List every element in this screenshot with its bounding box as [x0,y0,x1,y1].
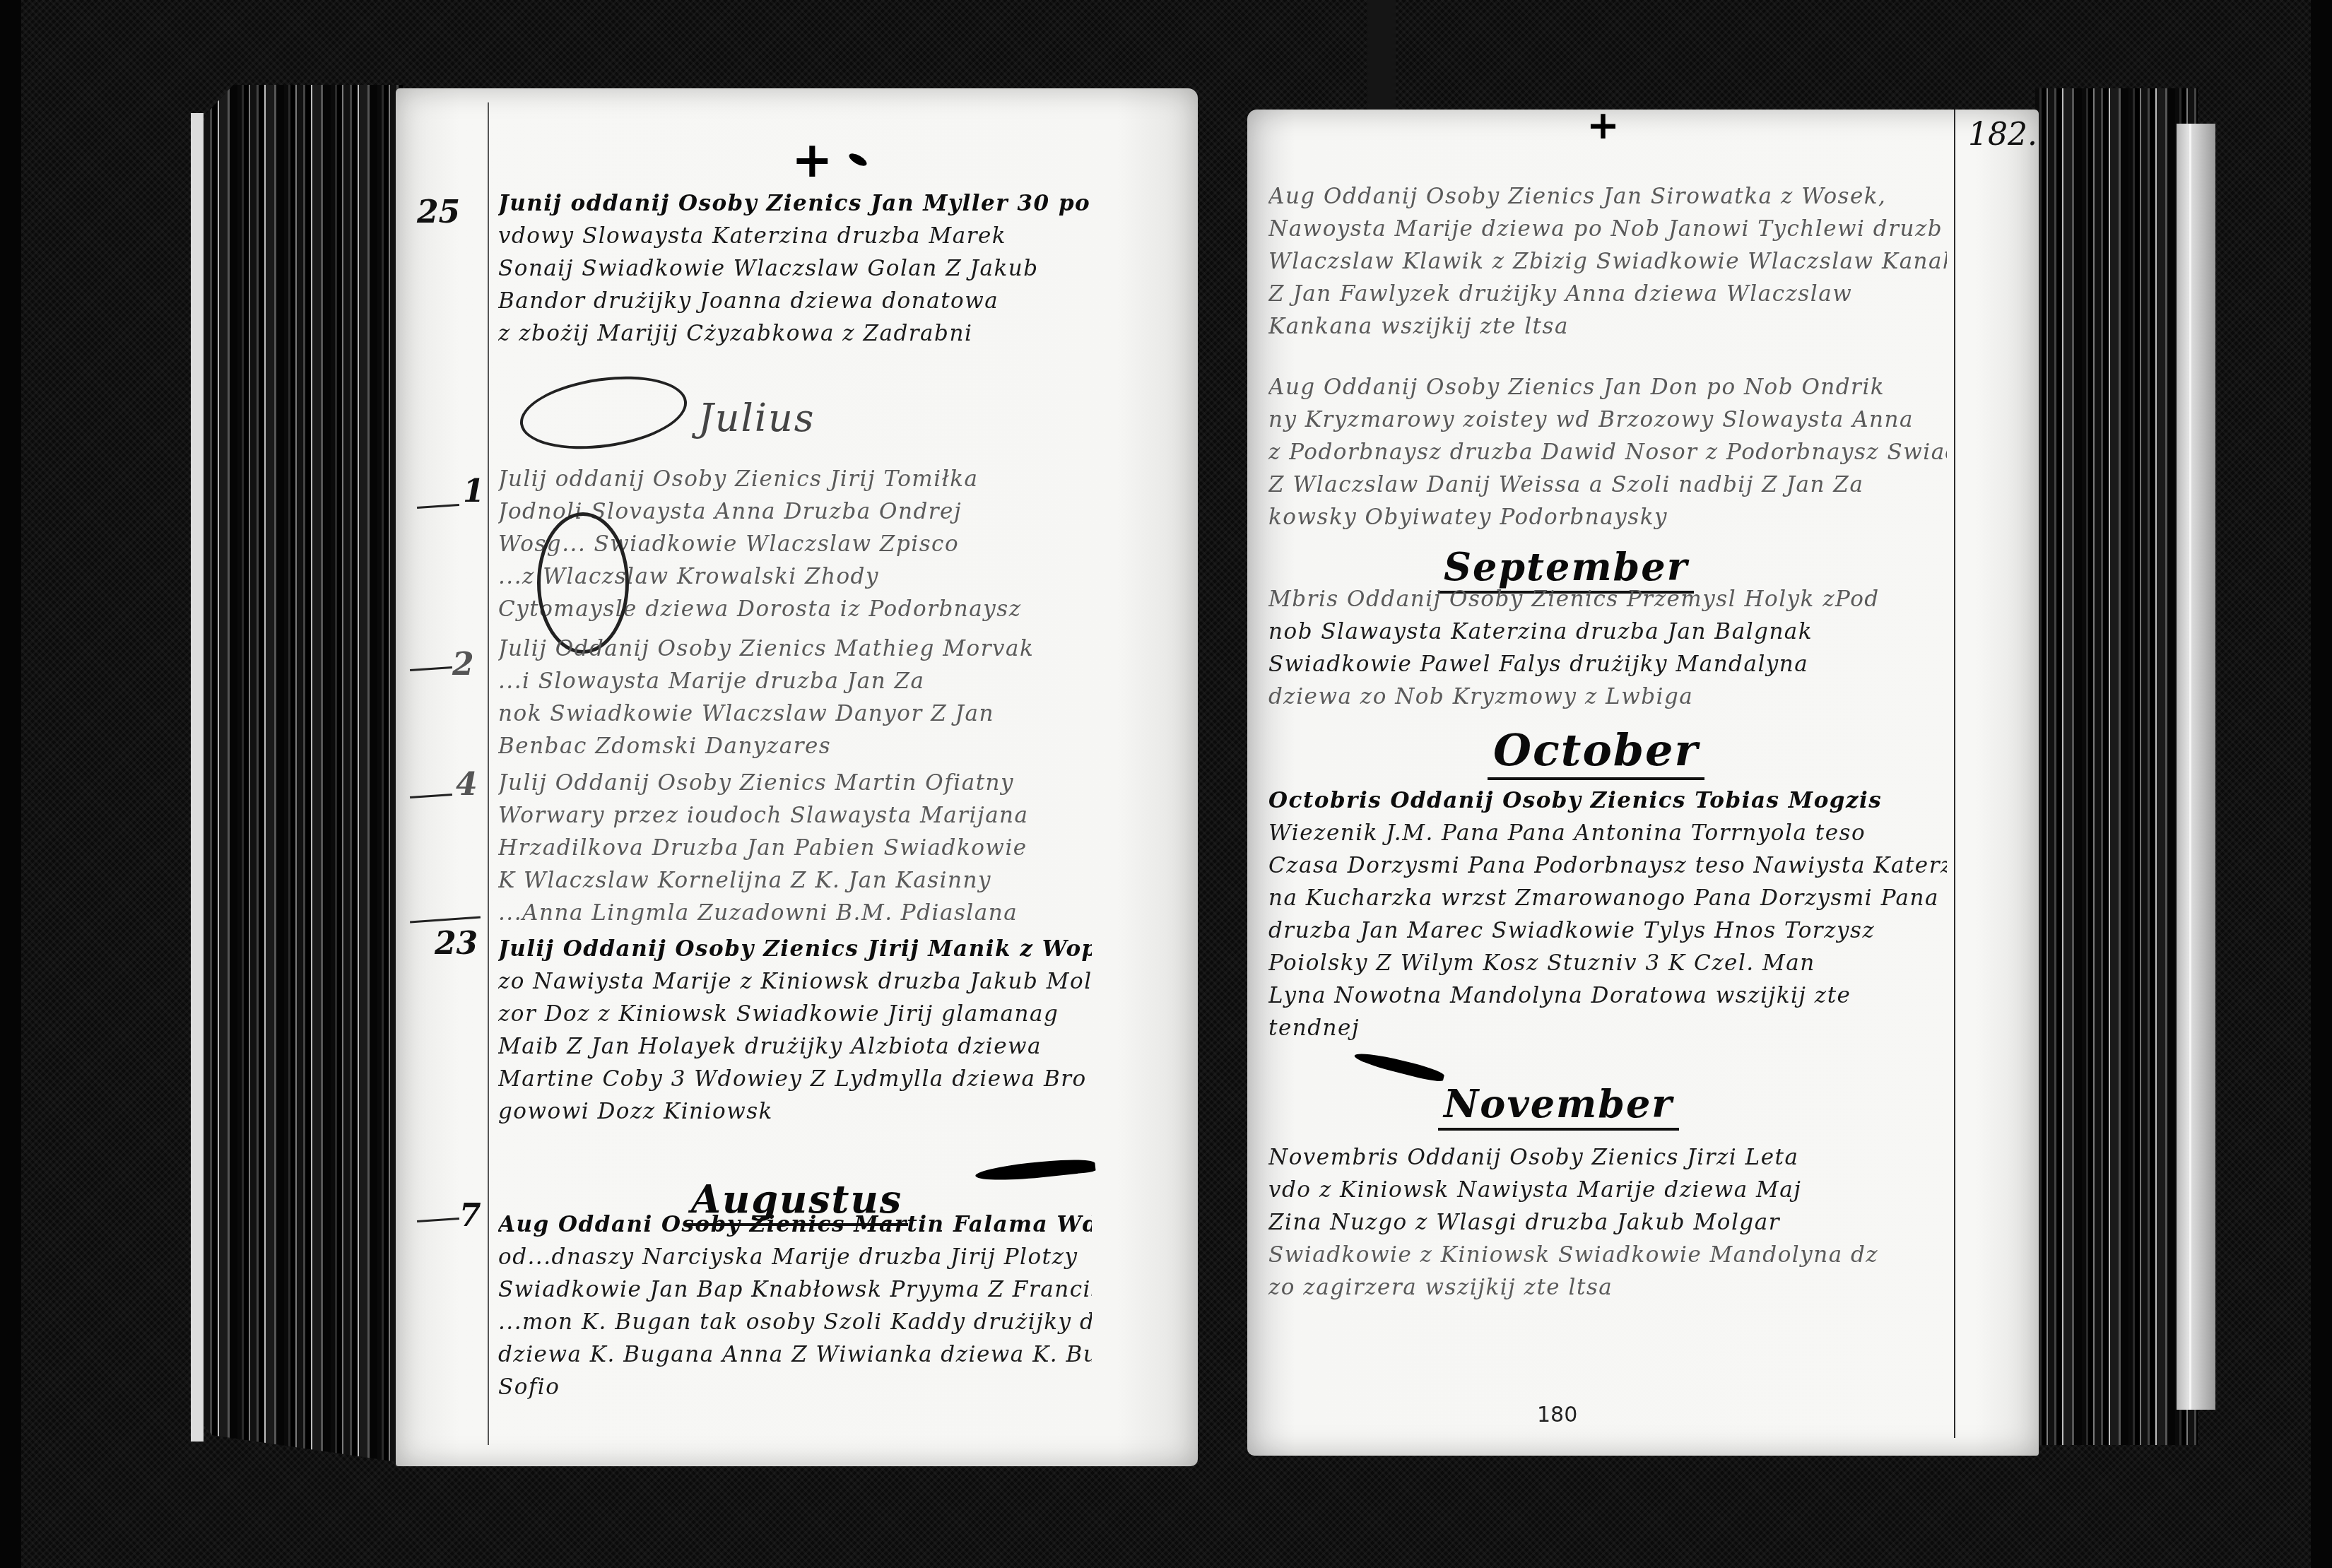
entry-line: Hrzadilkova Druzba Jan Pabien Swiadkowie [498,832,1092,864]
month-heading-october: October [1488,724,1704,780]
cross-mark-icon: + [1586,102,1620,148]
right-page-block-edge [2035,88,2198,1445]
entry-line: Z Jan Fawlyzek drużijky Anna dziewa Wlac… [1268,278,1947,310]
register-entry: Julij Oddanij Osoby Zienics Jirij Manik … [498,933,1092,1128]
entry-line: Sofio [498,1371,1092,1403]
ink-flourish [1353,1049,1445,1084]
entry-line: Czasa Dorzysmi Pana Podorbnaysz teso Naw… [1268,849,1947,882]
register-entry: Julij Oddanij Osoby Zienics Martin Ofiat… [498,767,1092,929]
register-entry: Novembris Oddanij Osoby Zienics Jirzi Le… [1268,1141,1947,1304]
entry-line: nok Swiadkowie Wlaczslaw Danyor Z Jan [498,697,1092,730]
right-cover-edge [2177,124,2215,1410]
entry-line: Octobris Oddanij Osoby Zienics Tobias Mo… [1268,784,1947,817]
month-heading-july: Julius [693,396,820,442]
day-number: 1 [463,473,485,509]
entry-line: Sonaij Swiadkowie Wlaczslaw Golan Z Jaku… [498,252,1092,285]
entry-line: Junij oddanij Osoby Zienics Jan Myller 3… [498,187,1092,220]
entry-line: Aug Oddanij Osoby Zienics Jan Don po Nob… [1268,371,1947,403]
pencil-folio-number: 180 [1537,1403,1577,1427]
month-heading-november: November [1438,1081,1679,1131]
register-entry: Aug Oddani Osoby Zienics Martin Falama W… [498,1208,1092,1403]
margin-dash [410,916,481,924]
entry-line: K Wlaczslaw Kornelijna Z K. Jan Kasinny [498,864,1092,897]
margin-rule [1954,110,1955,1438]
entry-line: zo Nawiysta Marije z Kiniowsk druzba Jak… [498,965,1092,998]
entry-line: Lyna Nowotna Mandolyna Doratowa wszijkij… [1268,979,1947,1012]
entry-line: nob Slawaysta Katerzina druzba Jan Balgn… [1268,615,1947,648]
entry-line: Julij oddanij Osoby Zienics Jirij Tomiłk… [498,463,1092,495]
entry-line: ...Anna Lingmla Zuzadowni B.M. Pdiaslana [498,897,1092,929]
register-entry: Junij oddanij Osoby Zienics Jan Myller 3… [498,187,1092,350]
entry-line: vdo z Kiniowsk Nawiysta Marije dziewa Ma… [1268,1174,1947,1206]
entry-line: druzba Jan Marec Swiadkowie Tylys Hnos T… [1268,914,1947,947]
entry-line: od...dnaszy Narciyska Marije druzba Jiri… [498,1241,1092,1273]
entry-line: Kankana wszijkij zte ltsa [1268,310,1947,343]
entry-line: kowsky Obyiwatey Podorbnaysky [1268,501,1947,534]
entry-line: tendnej [1268,1012,1947,1044]
entry-line: Swiadkowie Jan Bap Knabłowsk Pryyma Z Fr… [498,1273,1092,1306]
entry-line: zo zagirzera wszijkij zte ltsa [1268,1271,1947,1304]
day-number: 4 [456,767,478,803]
margin-dash [417,1218,459,1222]
entry-line: Aug Oddanij Osoby Zienics Jan Sirowatka … [1268,180,1947,213]
register-entry: Aug Oddanij Osoby Zienics Jan Don po Nob… [1268,371,1947,534]
register-entry: Julij Oddanij Osoby Zienics Mathieg Morv… [498,632,1092,762]
entry-line: Poiolsky Z Wilym Kosz Stuzniv 3 K Czel. … [1268,947,1947,979]
day-number: 2 [452,647,474,683]
flourish-ornament [515,367,691,459]
entry-line: Z Wlaczslaw Danij Weissa a Szoli nadbij … [1268,468,1947,501]
margin-dash [417,504,459,509]
margin-rule [488,102,489,1445]
register-entry: Octobris Oddanij Osoby Zienics Tobias Mo… [1268,784,1947,1044]
entry-line: dziewa zo Nob Kryzmowy z Lwbiga [1268,680,1947,713]
day-number: 23 [435,926,478,962]
entry-line: Julij Oddanij Osoby Zienics Jirij Manik … [498,933,1092,965]
entry-line: ...mon K. Bugan tak osoby Szoli Kaddy dr… [498,1306,1092,1338]
entry-line: Bandor drużijky Joanna dziewa donatowa [498,285,1092,317]
page-number: 182. [1968,117,2037,153]
entry-line: Julij Oddanij Osoby Zienics Martin Ofiat… [498,767,1092,799]
margin-dash [410,666,452,671]
entry-line: Aug Oddani Osoby Zienics Martin Falama W… [498,1208,1092,1241]
right-page: + 182. Aug Oddanij Osoby Zienics Jan Sir… [1247,110,2039,1456]
left-page-block-edge [191,85,403,1463]
ink-blot [847,151,868,168]
day-number: 7 [459,1198,481,1234]
ink-flourish [974,1156,1095,1184]
entry-line: Wiezenik J.M. Pana Pana Antonina Torrnyo… [1268,817,1947,849]
cross-mark-icon: + [791,131,833,189]
entry-line: Martine Coby 3 Wdowiey Z Lydmylla dziewa… [498,1063,1092,1095]
entry-line: na Kucharzka wrzst Zmarowanogo Pana Dorz… [1268,882,1947,914]
entry-line: Mbris Oddanij Osoby Zienics Przemysl Hol… [1268,583,1947,615]
register-entry: Aug Oddanij Osoby Zienics Jan Sirowatka … [1268,180,1947,343]
margin-dash [410,794,452,798]
entry-line: Zina Nuzgo z Wlasgi druzba Jakub Molgar [1268,1206,1947,1239]
entry-line: vdowy Slowaysta Katerzina druzba Marek [498,220,1092,252]
entry-line: ny Kryzmarowy zoistey wd Brzozowy Sloway… [1268,403,1947,436]
entry-line: z Podorbnaysz druzba Dawid Nosor z Podor… [1268,436,1947,468]
left-cover-edge [191,113,204,1442]
entry-line: gowowi Dozz Kiniowsk [498,1095,1092,1128]
entry-line: Julij Oddanij Osoby Zienics Mathieg Morv… [498,632,1092,665]
day-number: 25 [417,194,460,230]
entry-line: Swiadkowie Pawel Falys drużijky Mandalyn… [1268,648,1947,680]
entry-line: ...i Slowaysta Marije druzba Jan Za [498,665,1092,697]
entry-line: Benbac Zdomski Danyzares [498,730,1092,762]
entry-line: z zbożij Marijij Cżyzabkowa z Zadrabni [498,317,1092,350]
entry-line: Swiadkowie z Kiniowsk Swiadkowie Mandoly… [1268,1239,1947,1271]
entry-line: zor Doz z Kiniowsk Swiadkowie Jirij glam… [498,998,1092,1030]
entry-line: Novembris Oddanij Osoby Zienics Jirzi Le… [1268,1141,1947,1174]
entry-line: dziewa K. Bugana Anna Z Wiwianka dziewa … [498,1338,1092,1371]
entry-line: Worwary przez ioudoch Slawaysta Marijana [498,799,1092,832]
register-entry: Mbris Oddanij Osoby Zienics Przemysl Hol… [1268,583,1947,713]
entry-line: Nawoysta Marije dziewa po Nob Janowi Tyc… [1268,213,1947,245]
left-page: + 25 Junij oddanij Osoby Zienics Jan Myl… [396,88,1198,1466]
entry-line: Maib Z Jan Holayek drużijky Alzbiota dzi… [498,1030,1092,1063]
entry-line: Wlaczslaw Klawik z Zbizig Swiadkowie Wla… [1268,245,1947,278]
